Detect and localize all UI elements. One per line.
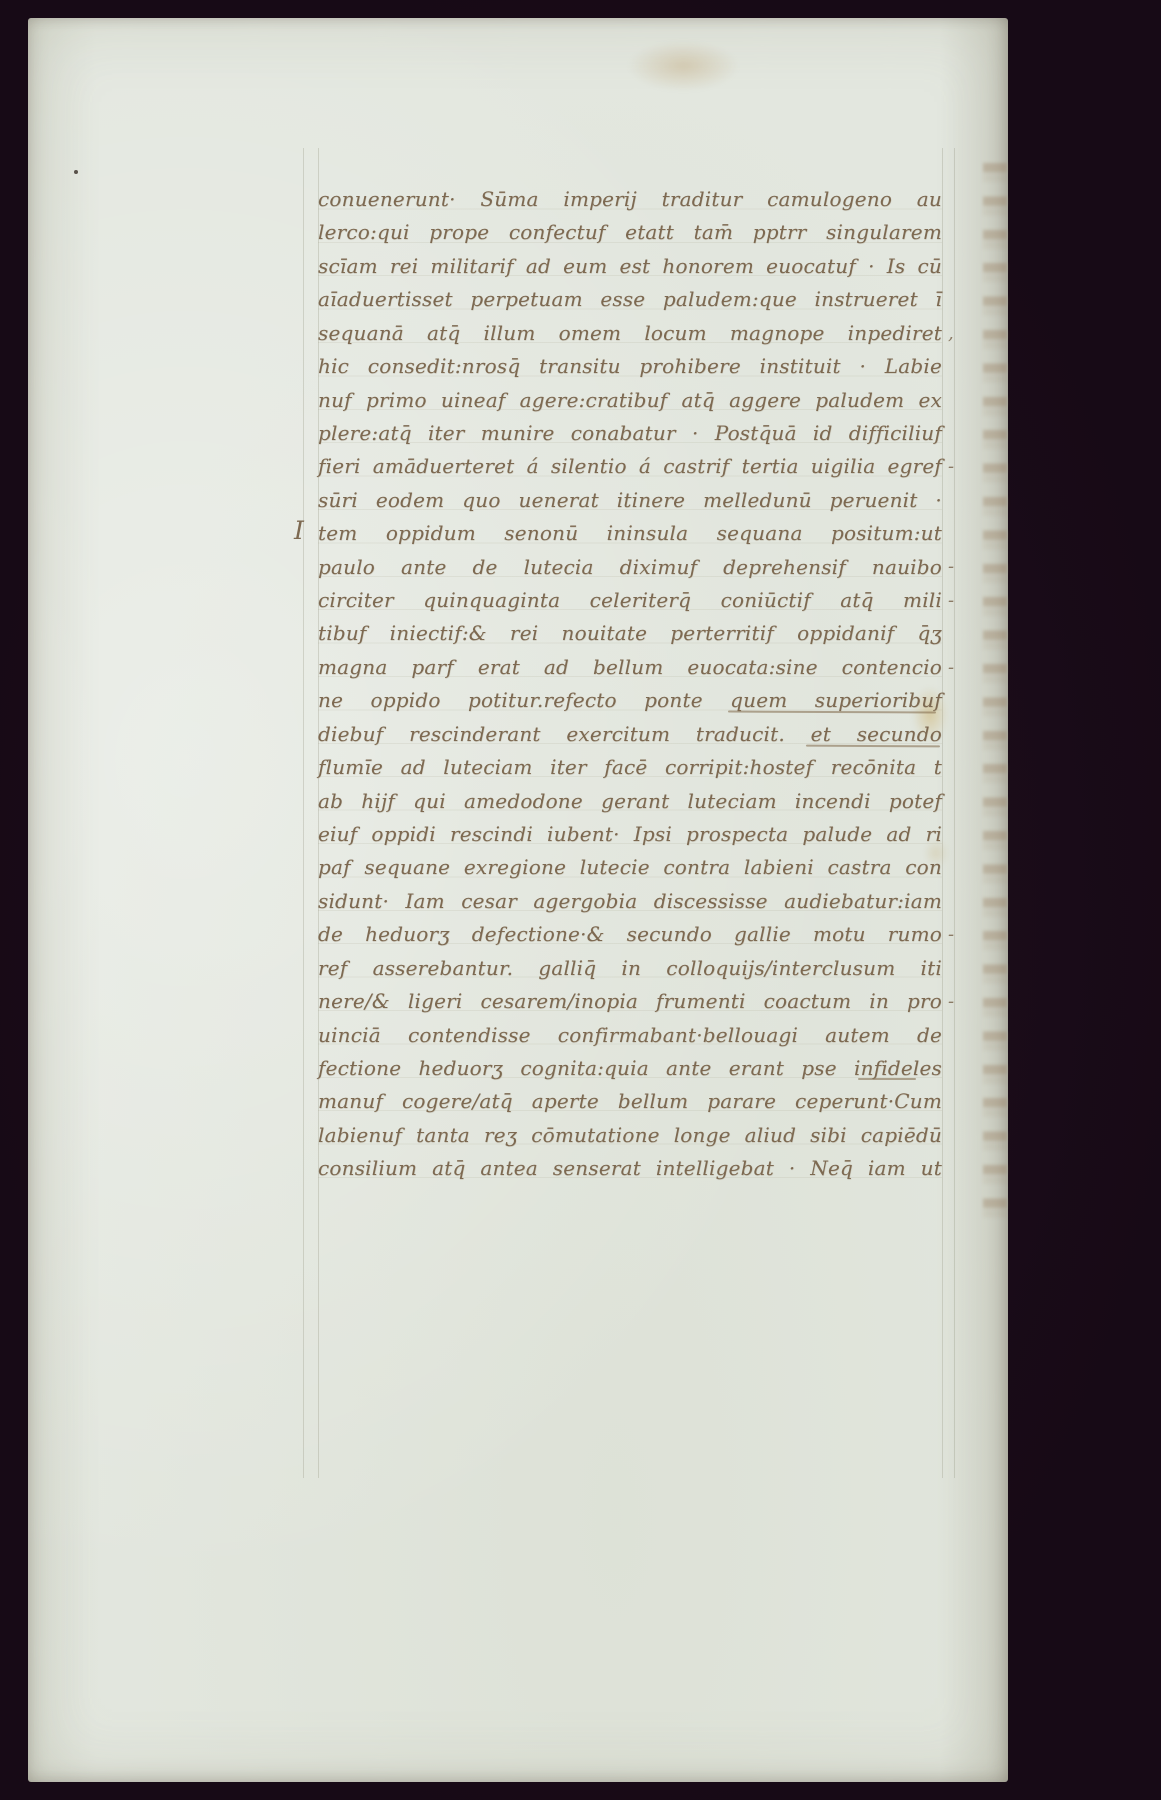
reader-underline [858,1078,916,1080]
manuscript-text-line: aīaduertisset perpetuam esse paludem:que… [318,283,942,316]
margin-mark: - [948,450,970,483]
parchment-stain [626,40,741,92]
ruling-line-vertical [942,148,943,1478]
manuscript-text-line: magna parf erat ad bellum euocata:sine c… [318,651,942,684]
manuscript-text-line: plere:atq̄ iter munire conabatur · Postq… [318,417,942,450]
manuscript-page: conuenerunt· Sūma imperij traditur camul… [28,18,1008,1782]
manuscript-text-line: ab hijf qui amedodone gerant luteciam in… [318,785,942,818]
manuscript-text-line: circiter quinquaginta celeriterq̄ coniūc… [318,584,942,617]
margin-mark: - [948,985,970,1018]
manuscript-text-line: scīam rei militarif ad eum est honorem e… [318,250,942,283]
margin-mark: - [948,584,970,617]
manuscript-text-line: conuenerunt· Sūma imperij traditur camul… [318,183,942,216]
manuscript-text-line: de heduorʒ defectione·& secundo gallie m… [318,918,942,951]
margin-mark: , [948,317,970,350]
manuscript-text-line: labienuf tanta reʒ cōmutatione longe ali… [318,1119,942,1152]
manuscript-text-line: eiuf oppidi rescindi iubent· Ipsi prospe… [318,818,942,851]
text-block: conuenerunt· Sūma imperij traditur camul… [318,183,942,1186]
manuscript-text-line: paf sequane exregione lutecie contra lab… [318,851,942,884]
manuscript-text-line: lerco:qui prope confectuf etatt tam̄ ppt… [318,216,942,249]
manuscript-text-line: paulo ante de lutecia diximuf deprehensi… [318,551,942,584]
manuscript-text-line: flumīe ad luteciam iter facē corripit:ho… [318,751,942,784]
manuscript-text-line: tibuf iniectif:& rei nouitate perterriti… [318,617,942,650]
margin-mark: - [948,918,970,951]
manuscript-text-line: sūri eodem quo uenerat itinere melledunū… [318,484,942,517]
manuscript-text-line: tem oppidum senonū ininsula sequana posi… [318,517,942,550]
manuscript-text-line: uinciā contendisse confirmabant·bellouag… [318,1019,942,1052]
manuscript-text-line: fieri amāduerteret á silentio á castrif … [318,450,942,483]
margin-mark: - [948,550,970,583]
manuscript-text-line: nere/& ligeri cesarem/inopia frumenti co… [318,985,942,1018]
initial-letter: I [294,514,314,547]
manuscript-text-line: consilium atq̄ antea senserat intelligeb… [318,1152,942,1185]
manuscript-text-line: sequanā atq̄ illum omem locum magnope in… [318,317,942,350]
facing-page-bleed-through [983,163,1007,1223]
manuscript-text-line: ne oppido potitur.refecto ponte quem sup… [318,684,942,717]
manuscript-text-line: manuf cogere/atq̄ aperte bellum parare c… [318,1085,942,1118]
manuscript-text-line: hic consedit:nrosq̄ transitu prohibere i… [318,350,942,383]
manuscript-text-line: nuf primo uineaf agere:cratibuf atq̄ agg… [318,384,942,417]
manuscript-text-line: fectione heduorʒ cognita:quia ante erant… [318,1052,942,1085]
ink-speck [74,170,78,174]
manuscript-text-line: sidunt· Iam cesar agergobia discessisse … [318,885,942,918]
margin-mark: - [948,651,970,684]
manuscript-text-line: ref asserebantur. galliq̄ in colloquijs/… [318,952,942,985]
ruling-line-vertical [303,148,304,1478]
photo-background: conuenerunt· Sūma imperij traditur camul… [0,0,1161,1800]
